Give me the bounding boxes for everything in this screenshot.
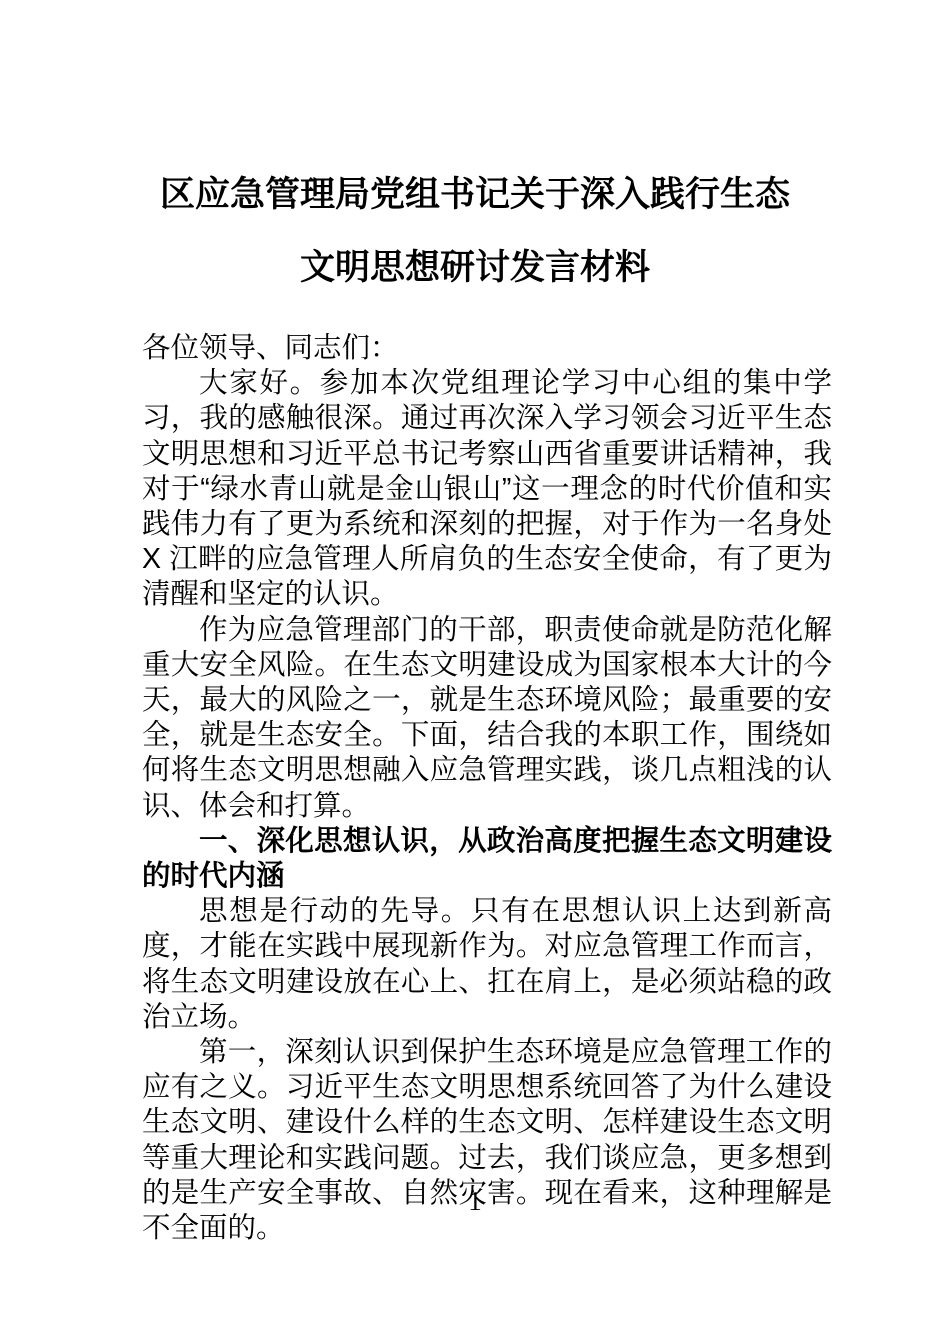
title-line-2: 文明思想研讨发言材料 <box>0 231 950 304</box>
section-heading-1: 一、深化思想认识，从政治高度把握生态文明建设的时代内涵 <box>142 824 832 894</box>
paragraph-opening: 大家好。参加本次党组理论学习中心组的集中学习，我的感触很深。通过再次深入学习领会… <box>142 366 832 612</box>
title-line-1: 区应急管理局党组书记关于深入践行生态 <box>0 158 950 231</box>
page-number: 1 <box>0 1185 950 1218</box>
document-page: 区应急管理局党组书记关于深入践行生态 文明思想研讨发言材料 各位领导、同志们： … <box>0 0 950 1344</box>
salutation-line: 各位领导、同志们： <box>142 331 832 366</box>
document-body: 各位领导、同志们： 大家好。参加本次党组理论学习中心组的集中学习，我的感触很深。… <box>142 331 832 1246</box>
paragraph-thought: 思想是行动的先导。只有在思想认识上达到新高度，才能在实践中展现新作为。对应急管理… <box>142 894 832 1035</box>
document-title: 区应急管理局党组书记关于深入践行生态 文明思想研讨发言材料 <box>0 158 950 304</box>
paragraph-duty: 作为应急管理部门的干部，职责使命就是防范化解重大安全风险。在生态文明建设成为国家… <box>142 613 832 824</box>
